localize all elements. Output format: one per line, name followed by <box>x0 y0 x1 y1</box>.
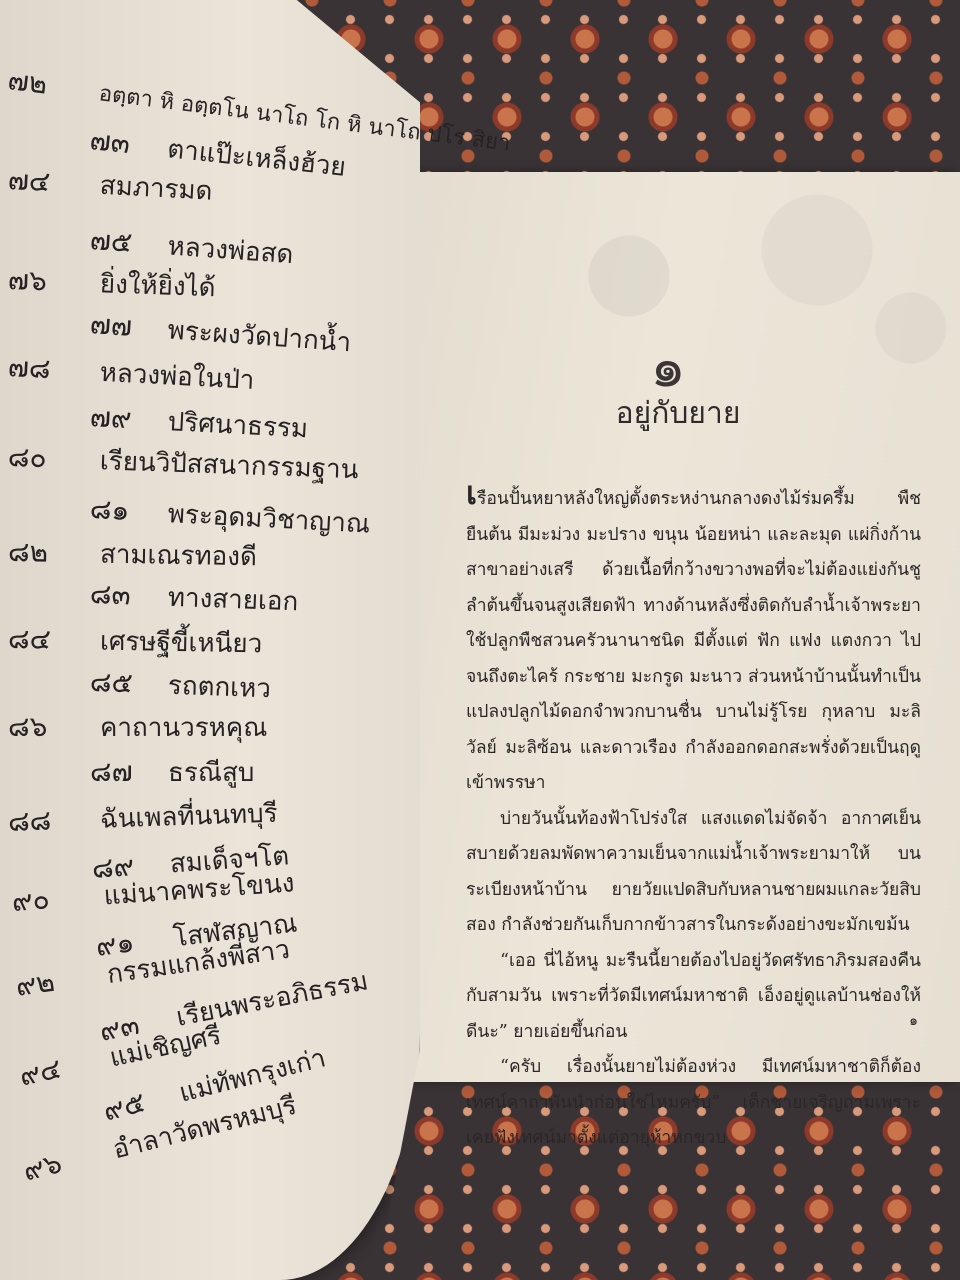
paragraph: “เออ นี่ไอ้หนู มะรืนนี้ยายต้องไปอยู่วัดศ… <box>466 944 921 1051</box>
toc-number: ๗๒ <box>5 58 102 113</box>
page-number: ๑ <box>909 1010 918 1032</box>
toc-number: ๘๖ <box>8 705 100 749</box>
toc-title: รถตกเหว <box>167 671 271 705</box>
table-of-contents: ๗๒อตฺตา หิ อตฺตโน นาโถ โก หิ นาโถ ปโร สิ… <box>0 0 440 1280</box>
toc-title: หลวงพ่อในป่า <box>99 358 255 396</box>
paragraph: เรือนปั้นหยาหลังใหญ่ตั้งตระหง่านกลางดงไม… <box>466 482 921 802</box>
paragraph: บ่ายวันนั้นท้องฟ้าโปร่งใส แสงแดดไม่จัดจ้… <box>466 802 921 944</box>
toc-title: ปริศนาธรรม <box>167 407 309 444</box>
toc-entry: ๘๕รถตกเหว <box>89 660 271 710</box>
toc-number: ๘๓ <box>89 572 168 619</box>
toc-title: ยิ่งให้ยิ่งได้ <box>99 269 216 303</box>
toc-number: ๘๘ <box>7 797 100 844</box>
toc-entry: ๗๔สมภารมด <box>7 158 214 213</box>
toc-entry: ๘๗ธรณีสูบ <box>90 750 254 794</box>
toc-title: ฉันเพลที่นนทบุรี <box>99 799 278 835</box>
toc-title: สมภารมด <box>99 171 213 207</box>
toc-number: ๗๔ <box>7 158 101 207</box>
toc-number: ๙๒ <box>13 952 110 1008</box>
toc-entry: ๗๖ยิ่งให้ยิ่งได้ <box>7 258 216 309</box>
toc-number: ๘๔ <box>8 617 101 663</box>
toc-title: เรียนวิปัสสนากรรมฐาน <box>99 446 358 485</box>
toc-title: ทางสายเอก <box>167 583 298 618</box>
toc-entry: ๘๒สามเณรทองดี <box>8 530 258 578</box>
toc-entry: ๘๖คาถานวรหคุณ <box>8 705 267 749</box>
toc-number: ๗๕ <box>88 218 169 267</box>
toc-number: ๗๘ <box>7 345 101 394</box>
toc-number: ๗๗ <box>88 302 169 351</box>
toc-number: ๗๖ <box>7 258 100 305</box>
paragraph: “ครับ เรื่องนั้นยายไม่ต้องห่วง มีเทศน์มห… <box>466 1050 921 1157</box>
toc-number: ๘๑ <box>89 487 169 535</box>
toc-title: ธรณีสูบ <box>168 758 254 788</box>
toc-number: ๘๕ <box>89 660 168 707</box>
toc-title: พระผงวัดปากน้ำ <box>167 315 352 358</box>
toc-number: ๙๖ <box>19 1128 119 1193</box>
chapter-title: อยู่กับยาย <box>598 390 758 437</box>
toc-title: สามเณรทองดี <box>100 540 257 573</box>
toc-entry: ๘๓ทางสายเอก <box>89 572 299 623</box>
drop-cap: เ <box>466 474 477 512</box>
chapter-body: เรือนปั้นหยาหลังใหญ่ตั้งตระหง่านกลางดงไม… <box>466 482 921 1157</box>
toc-number: ๘๗ <box>90 750 168 794</box>
toc-title: คาถานวรหคุณ <box>100 713 267 743</box>
toc-number: ๗๙ <box>89 395 169 443</box>
toc-number: ๙๐ <box>10 874 105 924</box>
toc-title: เศรษฐีขี้เหนียว <box>100 627 263 660</box>
toc-number: ๘๐ <box>7 435 100 482</box>
toc-number: ๘๒ <box>8 530 101 576</box>
toc-entry: ๘๔เศรษฐีขี้เหนียว <box>8 617 263 665</box>
right-page: ๑ อยู่กับยาย เรือนปั้นหยาหลังใหญ่ตั้งตระ… <box>408 172 960 1082</box>
